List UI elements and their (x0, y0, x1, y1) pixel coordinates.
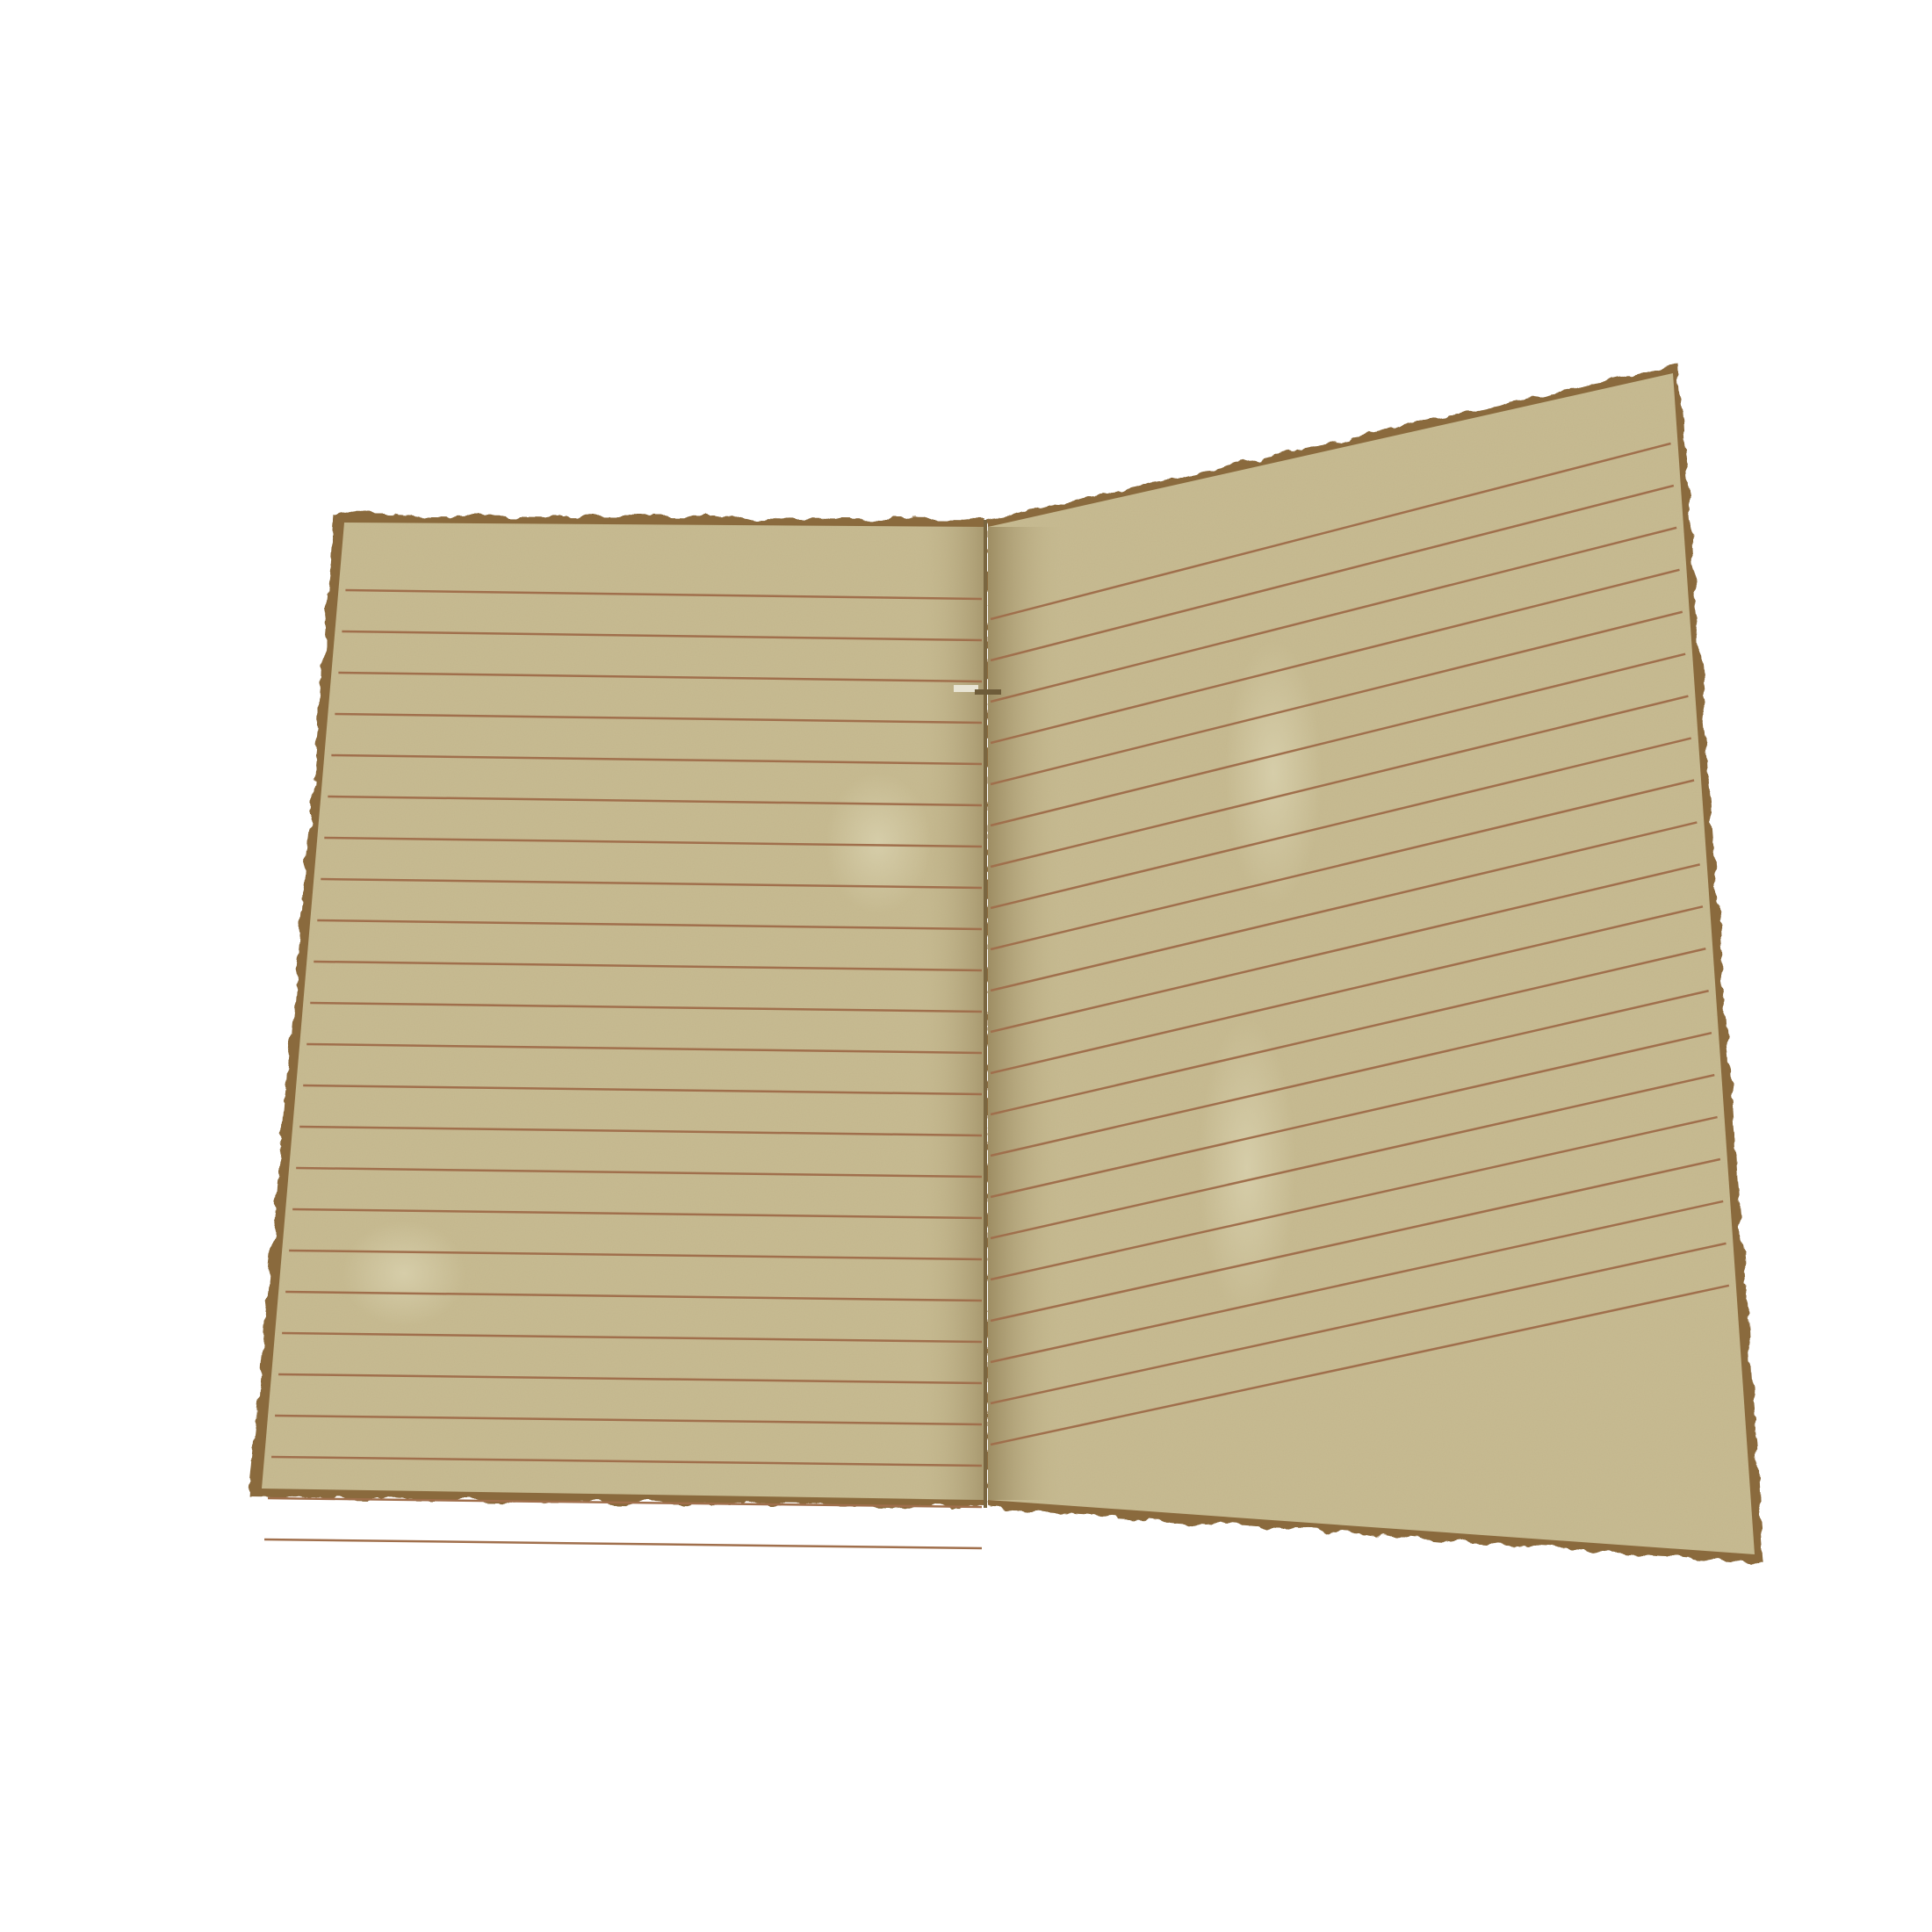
left-page (250, 514, 985, 1548)
notebook-photo (0, 0, 1932, 1932)
right-page (988, 364, 1765, 1563)
ruled-line (264, 1539, 982, 1548)
